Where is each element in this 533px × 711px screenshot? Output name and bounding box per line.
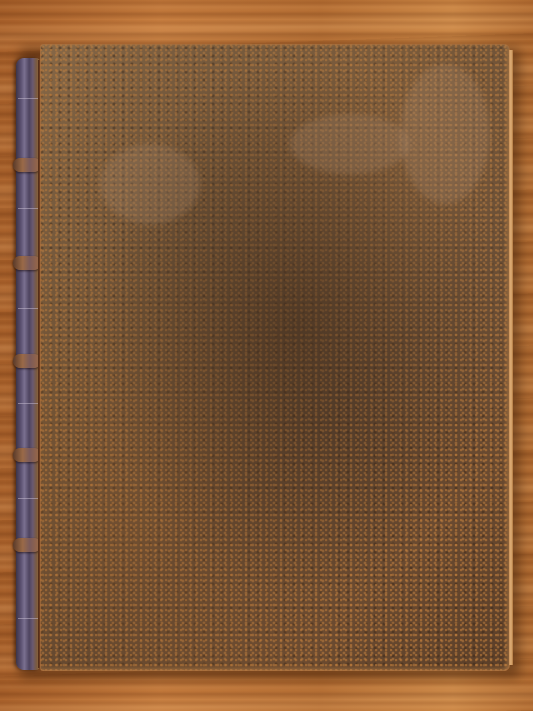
spine-raised-band <box>13 354 41 368</box>
spine-raised-band <box>13 256 41 270</box>
spine-raised-band <box>13 538 41 552</box>
spine-tooling-line <box>18 98 38 99</box>
cover-scuff <box>100 144 200 224</box>
spine-tooling-line <box>18 208 38 209</box>
cover-scuff <box>290 114 410 174</box>
spine-raised-band <box>13 158 41 172</box>
cover-scuff <box>400 64 490 204</box>
wood-table-background <box>0 0 533 711</box>
page-edge <box>509 50 513 665</box>
spine-tooling-line <box>18 308 38 309</box>
spine-tooling-line <box>18 498 38 499</box>
book <box>14 40 514 672</box>
spine-tooling-line <box>18 618 38 619</box>
leather-cover <box>40 44 510 671</box>
spine-tooling-line <box>18 403 38 404</box>
spine-raised-band <box>13 448 41 462</box>
book-spine <box>16 58 40 670</box>
